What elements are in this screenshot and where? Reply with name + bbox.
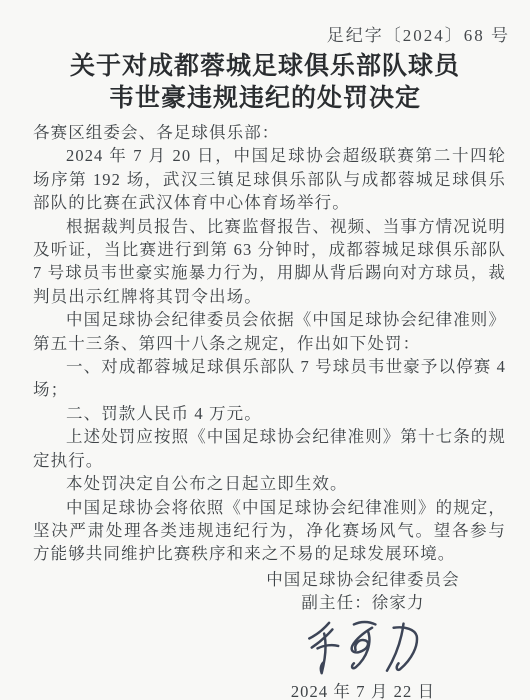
signoff-organization: 中国足球协会纪律委员会 [228, 568, 498, 591]
doc-number: 足纪字〔2024〕68 号 [0, 0, 530, 46]
salutation: 各赛区组委会、各足球俱乐部： [33, 121, 506, 144]
signoff-signer-title: 副主任：徐家力 [228, 591, 498, 614]
handwritten-signature-xu-jiali [288, 617, 438, 679]
document-title: 关于对成都蓉城足球俱乐部队球员 韦世豪违规违纪的处罚决定 [0, 51, 530, 115]
paragraph-match-info: 2024 年 7 月 20 日，中国足球协会超级联赛第二十四轮场序第 192 场… [33, 144, 506, 214]
paragraph-effective: 本处罚决定自公布之日起立即生效。 [33, 472, 506, 495]
penalty-item-2: 二、罚款人民币 4 万元。 [33, 402, 506, 425]
paragraph-execution: 上述处罚应按照《中国足球协会纪律准则》第十七条的规定执行。 [33, 425, 506, 472]
paragraph-closing: 中国足球协会将依照《中国足球协会纪律准则》的规定，坚决严肃处理各类违规违纪行为，… [33, 496, 506, 566]
title-line-1: 关于对成都蓉城足球俱乐部队球员 [0, 51, 530, 83]
penalty-item-1: 一、对成都蓉城足球俱乐部队 7 号球员韦世豪予以停赛 4 场； [33, 355, 506, 402]
title-line-2: 韦世豪违规违纪的处罚决定 [0, 83, 530, 115]
paragraph-ruling-basis: 中国足球协会纪律委员会依据《中国足球协会纪律准则》第五十三条、第四十八条之规定，… [33, 308, 506, 355]
document-body: 各赛区组委会、各足球俱乐部： 2024 年 7 月 20 日，中国足球协会超级联… [33, 121, 506, 566]
signoff-block: 中国足球协会纪律委员会 副主任：徐家力 2024 年 7 月 22 日 [228, 568, 498, 700]
document-page: 足纪字〔2024〕68 号 关于对成都蓉城足球俱乐部队球员 韦世豪违规违纪的处罚… [0, 0, 530, 700]
signoff-date: 2024 年 7 月 22 日 [228, 680, 498, 700]
paragraph-incident: 根据裁判员报告、比赛监督报告、视频、当事方情况说明及听证，当比赛进行到第 63 … [33, 215, 506, 309]
